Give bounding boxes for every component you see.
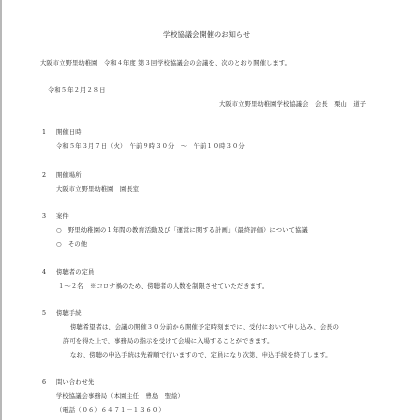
section-2-heading: 開催場所: [56, 172, 82, 180]
section-4-line: １～２名 ※コロナ禍のため、傍聴者の人数を制限させていただきます。: [58, 283, 268, 291]
intro-text: 大阪市立野里幼稚園 令和４年度 第３回学校協議会の会議を、次のとおり開催します。: [40, 60, 291, 68]
section-6-line-2: （電話（０６）６４７１－１３６０）: [56, 407, 165, 415]
section-3-heading: 案件: [56, 213, 69, 221]
section-1-line: 令和５年３月７日（火） 午前９時３０分 ～ 午前１０時３０分: [56, 143, 245, 151]
section-3-line-1: ○ 野里幼稚園の１年間の教育活動及び「運営に関する計画」（最終評価）について協議: [56, 227, 308, 235]
section-2-number: 2: [42, 172, 46, 180]
section-5-heading: 傍聴手続: [56, 310, 82, 318]
section-2-line: 大阪市立野里幼稚園 園長室: [56, 186, 139, 194]
document-title: 学校協議会開催のお知らせ: [163, 31, 250, 39]
sender-text: 大阪市立野里幼稚園学校協議会 会長 栗山 道子: [219, 101, 366, 109]
section-4-heading: 傍聴者の定員: [56, 269, 94, 277]
section-5-line-1: 傍聴希望者は、会議の開催３０分前から開催予定時刻までに、受付において申し込み、会…: [70, 324, 339, 332]
section-6-line-1: 学校協議会事務局（本園主任 豊島 聖絵）: [56, 393, 184, 401]
section-3-number: 3: [42, 213, 46, 221]
section-3-line-2: ○ その他: [56, 241, 87, 249]
section-5-line-2: 許可を得た上で、事務局の指示を受けて会場に入場することができます。: [63, 338, 273, 346]
section-5-number: 5: [42, 310, 46, 318]
section-1-number: 1: [42, 129, 46, 137]
section-6-number: 6: [42, 379, 46, 387]
page-edge: [0, 0, 2, 420]
section-4-number: 4: [42, 269, 46, 277]
section-6-heading: 問い合わせ先: [56, 379, 94, 387]
section-5-line-3: なお、傍聴の申込手続は先着順で行いますので、定員になり次第、申込手続を終了します…: [70, 352, 332, 360]
date-text: 令和５年２月２８日: [48, 87, 106, 95]
section-1-heading: 開催日時: [56, 129, 82, 137]
